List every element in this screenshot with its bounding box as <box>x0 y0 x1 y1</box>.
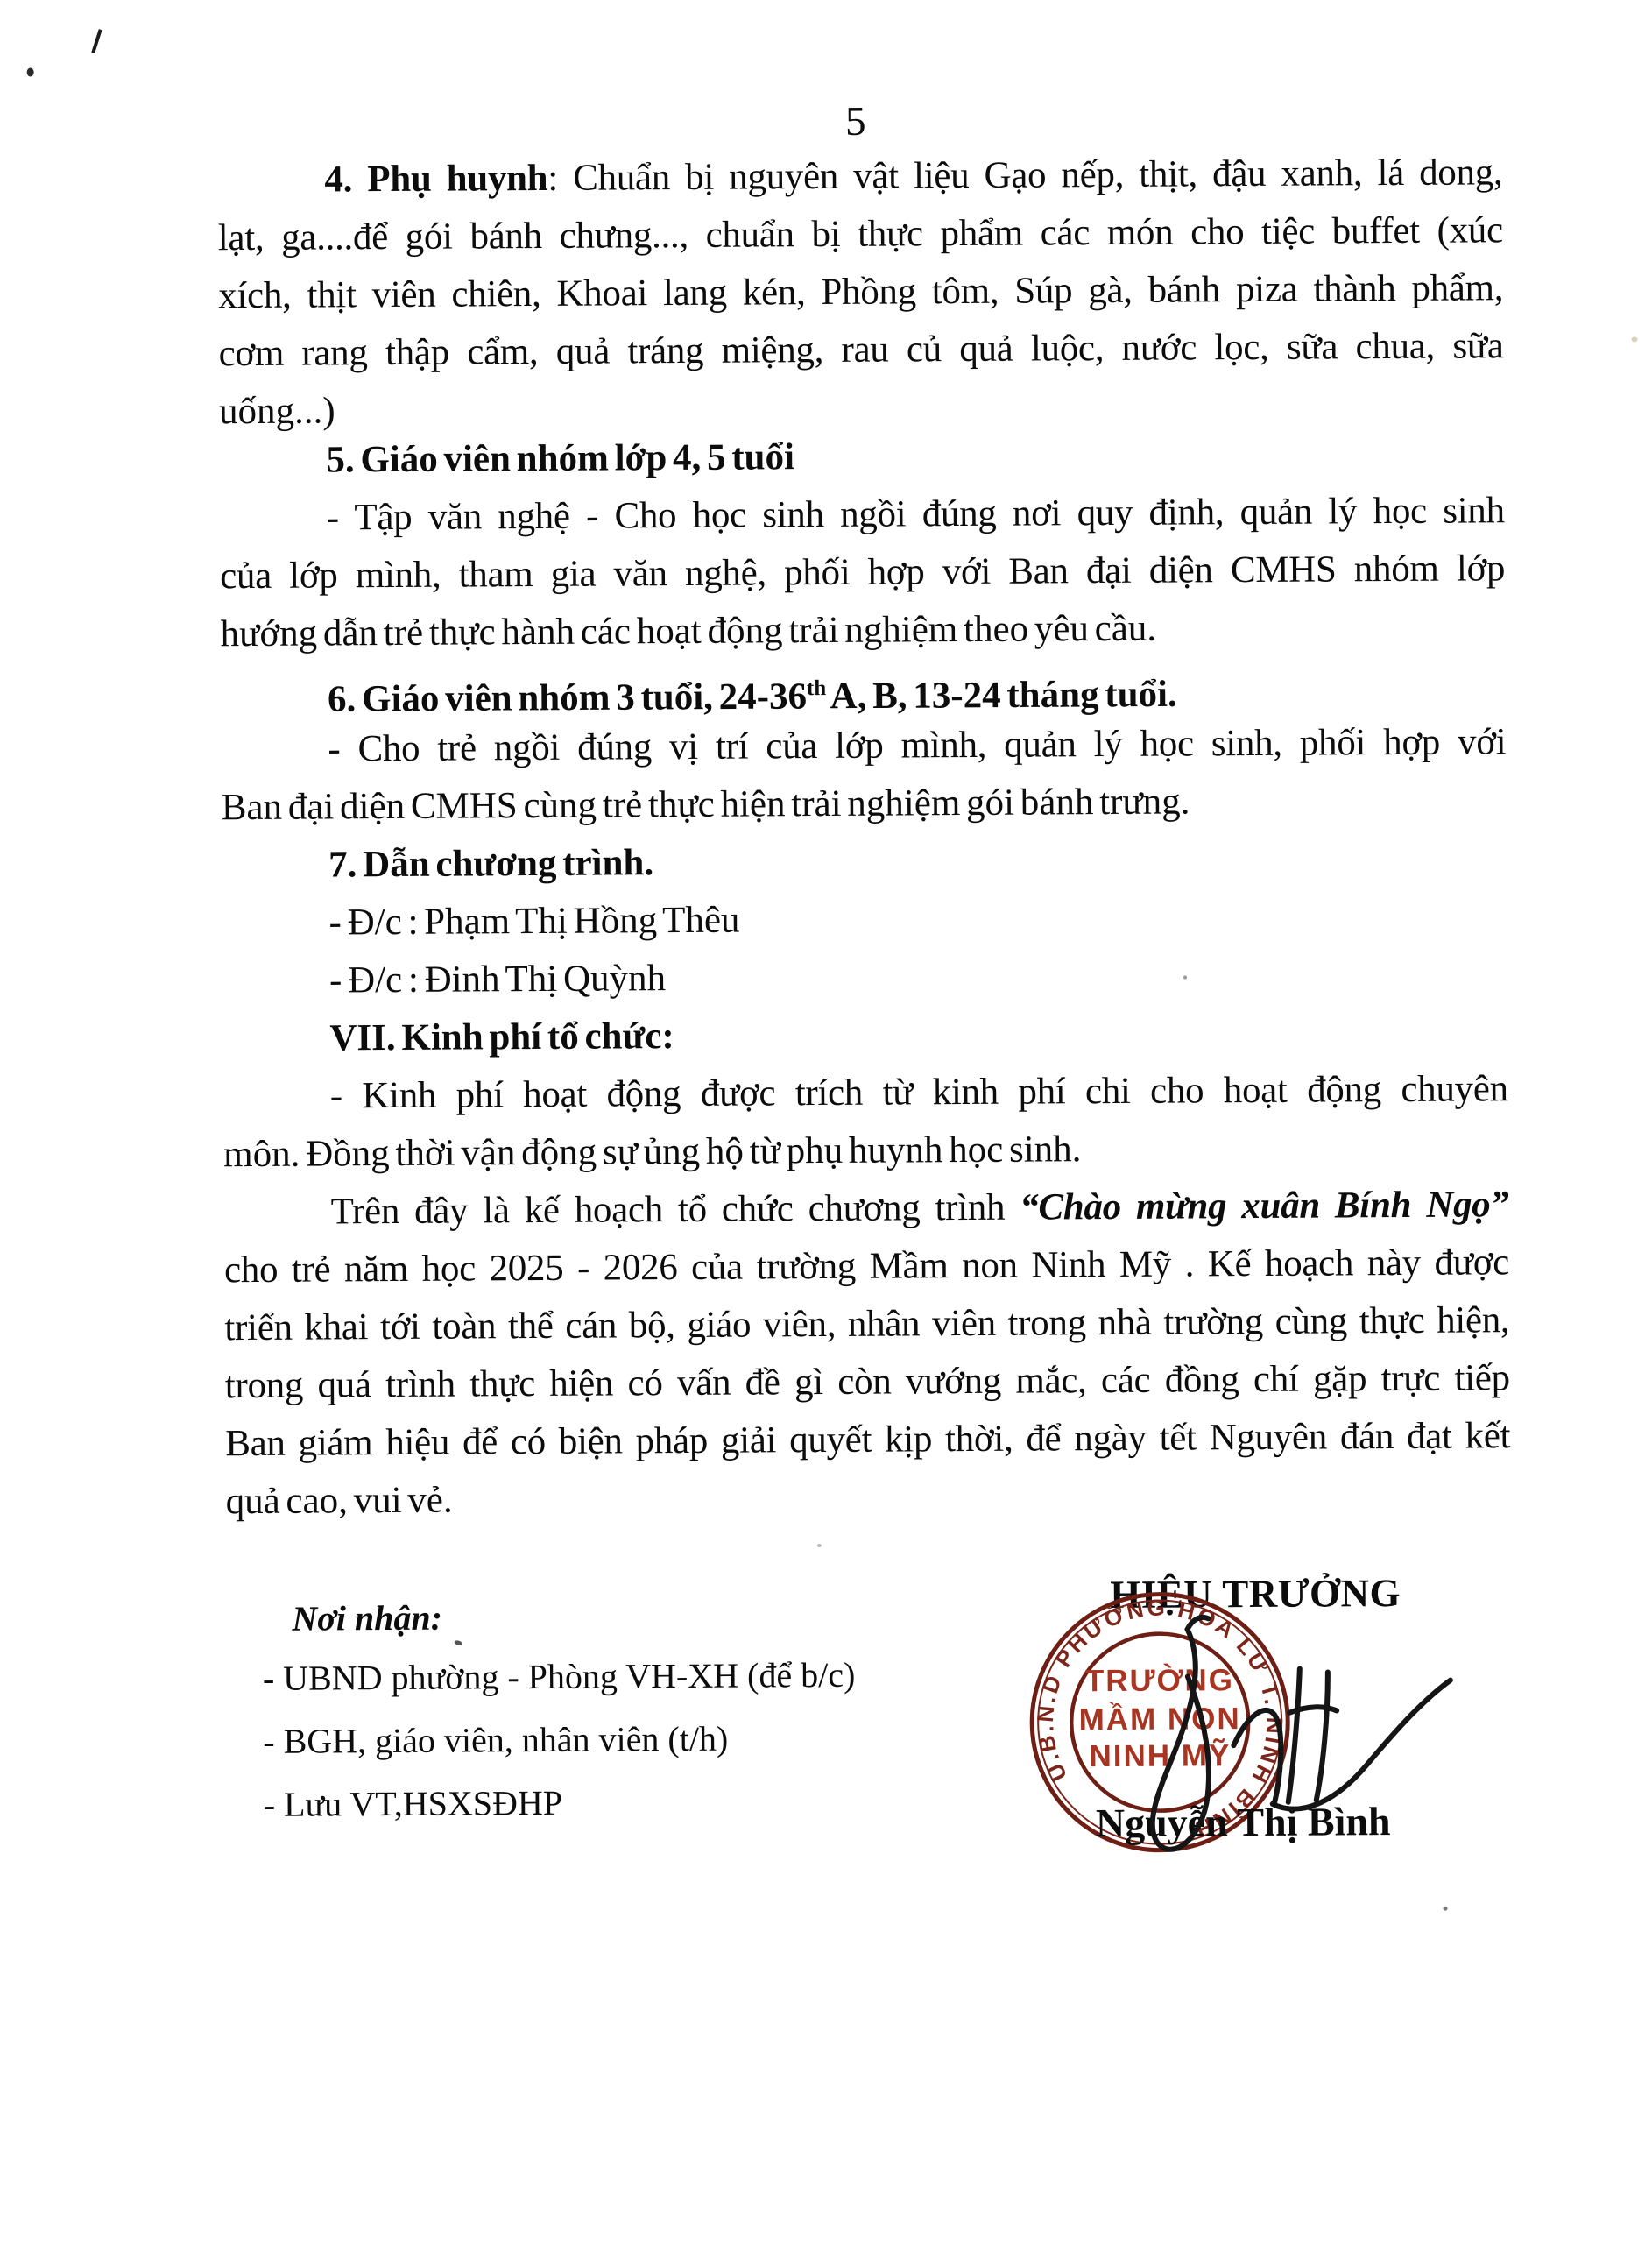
text-line: của lớp mình, tham gia văn nghệ, phối hợ… <box>220 540 1505 605</box>
signature-stroke-loop <box>1151 1617 1210 1850</box>
recipient-line: - BGH, giáo viên, nhân viên (t/h) <box>263 1707 856 1773</box>
text-line: cho trẻ năm học 2025 - 2026 của trường M… <box>224 1234 1509 1299</box>
text-line: Trên đây là kế hoạch tổ chức chương trìn… <box>223 1176 1508 1242</box>
text-line: - Đ/c : Đinh Thị Quỳnh <box>222 945 1507 1010</box>
section-4-phu-huynh: 4. Phụ huynh: Chuẩn bị nguyên vật liệu G… <box>217 144 1504 441</box>
recipient-line: - UBND phường - Phòng VH-XH (để b/c) <box>263 1644 856 1710</box>
text-segment: triển khai tới toàn thể cán bộ, giáo viê… <box>224 1299 1509 1348</box>
text-line: - Đ/c : Phạm Thị Hồng Thêu <box>222 887 1507 952</box>
text-line: 6. Giáo viên nhóm 3 tuổi, 24-36th A, B, … <box>221 655 1506 721</box>
text-line: 4. Phụ huynh: Chuẩn bị nguyên vật liệu G… <box>217 144 1502 209</box>
text-segment: lạt, ga....để gói bánh chưng..., chuẩn b… <box>218 209 1503 258</box>
text-line: quả cao, vui vẻ. <box>225 1465 1510 1531</box>
scan-artifact <box>27 68 34 77</box>
page-number: 5 <box>845 98 866 145</box>
text-segment: trong quá trình thực hiện có vấn đề gì c… <box>225 1357 1510 1406</box>
text-segment: VII. Kinh phí tổ chức: <box>329 1015 674 1058</box>
text-segment: Ban đại diện CMHS cùng trẻ thực hiện trả… <box>222 781 1190 828</box>
recipients-label: Nơi nhận: <box>292 1597 442 1639</box>
text-line: hướng dẫn trẻ thực hành các hoạt động tr… <box>220 598 1505 663</box>
text-segment: xích, thịt viên chiên, Khoai lang kén, P… <box>218 267 1503 316</box>
signature-stroke-vertical-1 <box>1288 1669 1301 1802</box>
signature-stroke-bar <box>1289 1707 1337 1713</box>
text-segment: hướng dẫn trẻ thực hành các hoạt động tr… <box>220 608 1156 655</box>
recipients-list: - UBND phường - Phòng VH-XH (để b/c)- BG… <box>263 1644 857 1836</box>
text-segment: cơm rang thập cẩm, quả tráng miệng, rau … <box>218 325 1503 374</box>
document-body: 4. Phụ huynh: Chuẩn bị nguyên vật liệu G… <box>0 0 1645 5</box>
text-segment: - Đ/c : Đinh Thị Quỳnh <box>329 958 666 1001</box>
text-segment: 6. Giáo viên nhóm 3 tuổi, 24-36 <box>328 676 807 719</box>
signature-stroke-vertical-2 <box>1316 1673 1329 1801</box>
text-line: xích, thịt viên chiên, Khoai lang kén, P… <box>218 259 1503 325</box>
text-segment: 7. Dẫn chương trình. <box>328 842 653 885</box>
scanned-sheet: 5 4. Phụ huynh: Chuẩn bị nguyên vật liệu… <box>0 0 1652 2243</box>
text-segment: 5. Giáo viên nhóm lớp 4, 5 tuổi <box>326 436 794 480</box>
text-segment: : Chuẩn bị nguyên vật liệu Gạo nếp, thịt… <box>547 152 1502 199</box>
text-line: - Kinh phí hoạt động được trích từ kinh … <box>223 1060 1508 1126</box>
text-segment: môn. Đồng thời vận động sự ủng hộ từ phụ… <box>223 1129 1082 1175</box>
text-segment: - Tập văn nghệ - Cho học sinh ngồi đúng … <box>327 490 1505 538</box>
scan-artifact <box>91 29 102 53</box>
text-segment: 4. Phụ huynh <box>324 158 547 201</box>
section-vii-kinh-phi: VII. Kinh phí tổ chức:- Kinh phí hoạt độ… <box>222 1002 1508 1184</box>
text-line: cơm rang thập cẩm, quả tráng miệng, rau … <box>218 317 1503 383</box>
text-line: 7. Dẫn chương trình. <box>222 829 1507 895</box>
text-line: lạt, ga....để gói bánh chưng..., chuẩn b… <box>218 202 1503 267</box>
text-segment: - Đ/c : Phạm Thị Hồng Thêu <box>328 900 739 944</box>
text-segment: của lớp mình, tham gia văn nghệ, phối hợ… <box>220 548 1505 597</box>
text-line: triển khai tới toàn thể cán bộ, giáo viê… <box>224 1291 1509 1357</box>
text-line: Ban đại diện CMHS cùng trẻ thực hiện trả… <box>222 771 1507 837</box>
section-7-dan-chuong-trinh: 7. Dẫn chương trình.- Đ/c : Phạm Thị Hồn… <box>222 829 1507 1010</box>
text-segment: Ban giám hiệu để có biện pháp giải quyết… <box>225 1415 1510 1464</box>
signature-ink <box>1080 1599 1493 1873</box>
text-segment: - Kinh phí hoạt động được trích từ kinh … <box>330 1068 1508 1116</box>
text-segment: cho trẻ năm học 2025 - 2026 của trường M… <box>224 1242 1509 1291</box>
section-6-giao-vien-3-tuoi: 6. Giáo viên nhóm 3 tuổi, 24-36th A, B, … <box>221 655 1507 837</box>
text-line: - Cho trẻ ngồi đúng vị trí của lớp mình,… <box>221 713 1506 779</box>
text-line: Ban giám hiệu để có biện pháp giải quyết… <box>225 1407 1510 1473</box>
text-line: trong quá trình thực hiện có vấn đề gì c… <box>225 1349 1510 1415</box>
scan-artifact <box>1183 975 1187 979</box>
text-segment: “Chào mừng xuân Bính Ngọ” <box>1020 1184 1509 1228</box>
document-page: 5 4. Phụ huynh: Chuẩn bị nguyên vật liệu… <box>0 0 1652 2243</box>
text-segment: A, B, 13-24 tháng tuổi. <box>826 674 1177 717</box>
text-segment: Trên đây là kế hoạch tổ chức chương trìn… <box>330 1187 1020 1233</box>
section-5-giao-vien-4-5-tuoi: 5. Giáo viên nhóm lớp 4, 5 tuổi- Tập văn… <box>219 424 1506 663</box>
closing-paragraph: Trên đây là kế hoạch tổ chức chương trìn… <box>223 1176 1510 1531</box>
signature-stroke-hump <box>1233 1710 1281 1804</box>
text-segment: - Cho trẻ ngồi đúng vị trí của lớp mình,… <box>328 721 1506 769</box>
text-line: 5. Giáo viên nhóm lớp 4, 5 tuổi <box>219 424 1504 490</box>
text-line: - Tập văn nghệ - Cho học sinh ngồi đúng … <box>220 482 1505 548</box>
scan-artifact <box>1443 1907 1447 1911</box>
scan-artifact <box>1632 336 1638 342</box>
text-line: VII. Kinh phí tổ chức: <box>222 1002 1507 1068</box>
text-segment: uống...) <box>219 390 335 432</box>
text-segment: th <box>807 676 826 700</box>
text-line: môn. Đồng thời vận động sự ủng hộ từ phụ… <box>223 1118 1508 1184</box>
text-segment: quả cao, vui vẻ. <box>225 1480 452 1523</box>
recipient-line: - Lưu VT,HSXSĐHP <box>264 1770 857 1836</box>
scan-artifact <box>817 1544 822 1547</box>
